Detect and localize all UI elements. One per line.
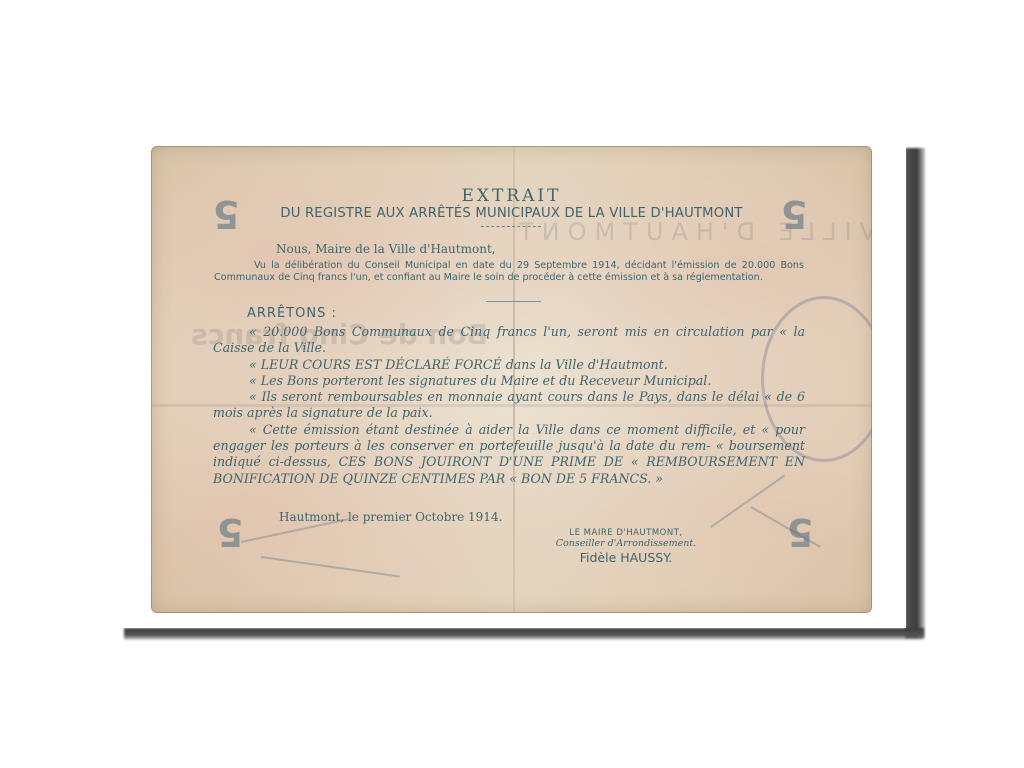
- divider: [486, 301, 541, 302]
- signatory-name: Fidèle HAUSSY.: [511, 550, 741, 565]
- salutation: Nous, Maire de la Ville d'Hautmont,: [276, 242, 496, 256]
- denomination-numeral: 5: [217, 510, 243, 554]
- article: « LEUR COURS EST DÉCLARÉ FORCÉ dans la V…: [213, 357, 805, 373]
- decree-label: ARRÊTONS :: [247, 306, 337, 321]
- bleed-through-text: VILLE D'HAUTMONT: [511, 218, 872, 246]
- article: « Cette émission étant destinée à aider …: [213, 422, 805, 487]
- subheading: DU REGISTRE AUX ARRÊTÉS MUNICIPAUX DE LA…: [151, 206, 872, 221]
- preamble: Vu la délibération du Conseil Municipal …: [214, 260, 804, 284]
- ornamental-rule: [481, 226, 541, 227]
- signature-block: LE MAIRE D'HAUTMONT, Conseiller d'Arrond…: [511, 528, 741, 565]
- article: « Ils seront remboursables en monnaie ay…: [213, 389, 805, 422]
- articles: « 20.000 Bons Communaux de Cinq francs l…: [213, 324, 805, 487]
- article: « Les Bons porteront les signatures du M…: [213, 373, 805, 389]
- place-date: Hautmont, le premier Octobre 1914.: [279, 510, 502, 524]
- frame-shadow-right: [905, 148, 925, 638]
- article: « 20.000 Bons Communaux de Cinq francs l…: [213, 324, 805, 357]
- handwritten-signature: [261, 556, 400, 577]
- signatory-role: Conseiller d'Arrondissement.: [511, 538, 741, 549]
- heading: EXTRAIT: [151, 186, 872, 206]
- denomination-numeral: 5: [787, 510, 813, 554]
- banknote-reverse: VILLE D'HAUTMONT Bon de Cinq francs 5 5 …: [151, 146, 872, 613]
- signatory-title: LE MAIRE D'HAUTMONT,: [511, 528, 741, 538]
- frame-shadow-bottom: [124, 628, 924, 640]
